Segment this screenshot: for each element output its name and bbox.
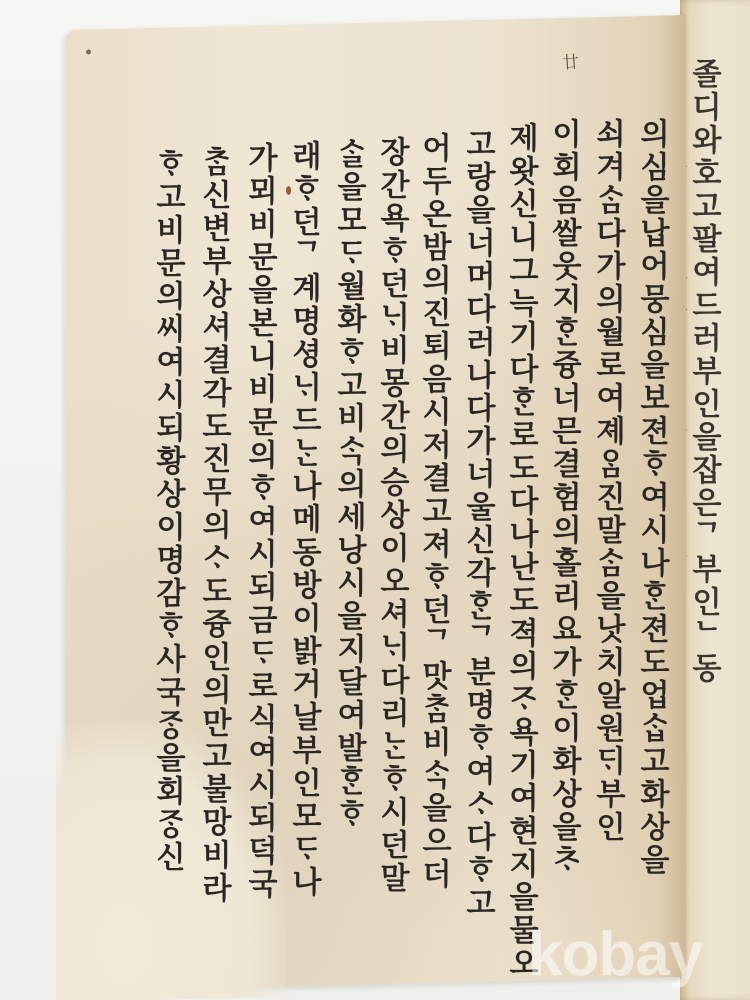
text-column-2: 쇠겨ᄉᆞᆷ다가의월로여졔ᄋᆞᆷ진말ᄉᆞᆷ을낫치알원ᄃᆡ부인 [592,118,622,844]
text-column-7: 장간욕ᄒᆞ던ᄂᆡ비몽간의승상이오셔ᄂᆡ다리ᄂᆞᆫᄒᆞ시던말 [376,136,406,895]
text-column-10: 가뫼비문을본니비문의ᄒᆞ여시되금ᄃᆞ로식여시되덕국 [244,142,274,901]
adjacent-page: 졸디와호고팔여드러부인을잡은ᄀ부인ᄂ동 호ᄀ식ᄂ만가ᄒᆞᆫ이리을ᄎ이계호이시니 [680,0,750,1000]
text-column-6: 어두온밤의진퇴음시저결고져ᄒᆞ던ᄀ맛ᄎᆞᆷ비ᄉᆞᆨ을으더 [418,132,448,891]
watermark: kobay [528,924,702,986]
text-column-12: ᄒᆞ고비문의씨여시되황상이명감ᄒᆞ사국ᄌᆞᆼ을회ᄌᆞᆼ신 [152,148,182,874]
text-column-5: 고랑을너머다러나다가너울신각ᄒᆞᆫᄀ분명ᄒᆞ여ᄉᆞ다ᄒᆞ고 [462,128,492,920]
ink-speck [86,49,91,54]
manuscript-photo: 졸디와호고팔여드러부인을잡은ᄀ부인ᄂ동 호ᄀ식ᄂ만가ᄒᆞᆫ이리을ᄎ이계호이시니 … [0,0,750,1000]
text-column-1: 의심을납어뭉심을보젼ᄒᆞ여시나ᄒᆞᆫ젼도업ᄉᆞᆸ고화상을 [636,118,666,877]
text-column-3: 이회음쌀웃지ᄒᆞᆫ즁너믄결험의홀리요가ᄒᆞᆫ이화상을ᄎᆞ [548,118,578,877]
text-column-8: ᄉᆞᆯ을모ᄃᆞ월화ᄒᆞ고비ᄉᆞᆨ의세낭시을지달여발ᄒᆞᆫᄒᆞ [333,138,363,831]
text-column-9: 래ᄒᆞ던ᄀ계명셩ᄂᆡ드ᄂᆞᆫ나메동방이밝거날부인모ᄃᆞ나 [288,140,318,899]
text-column-4: 제왓신니그늑기다ᄒᆞᆫ로도다나난도젹의ᄌᆞ욕기여현지을물오 [505,122,535,980]
text-column-11: ᄎᆞᆷ신변부상셔결각도진무의ᄉᆞ도즁인의만고불망비라 [198,146,228,905]
page-number-mark: 廿 [561,47,580,73]
adjacent-page-column: 졸디와호고팔여드러부인을잡은ᄀ부인ᄂ동 [688,58,718,685]
